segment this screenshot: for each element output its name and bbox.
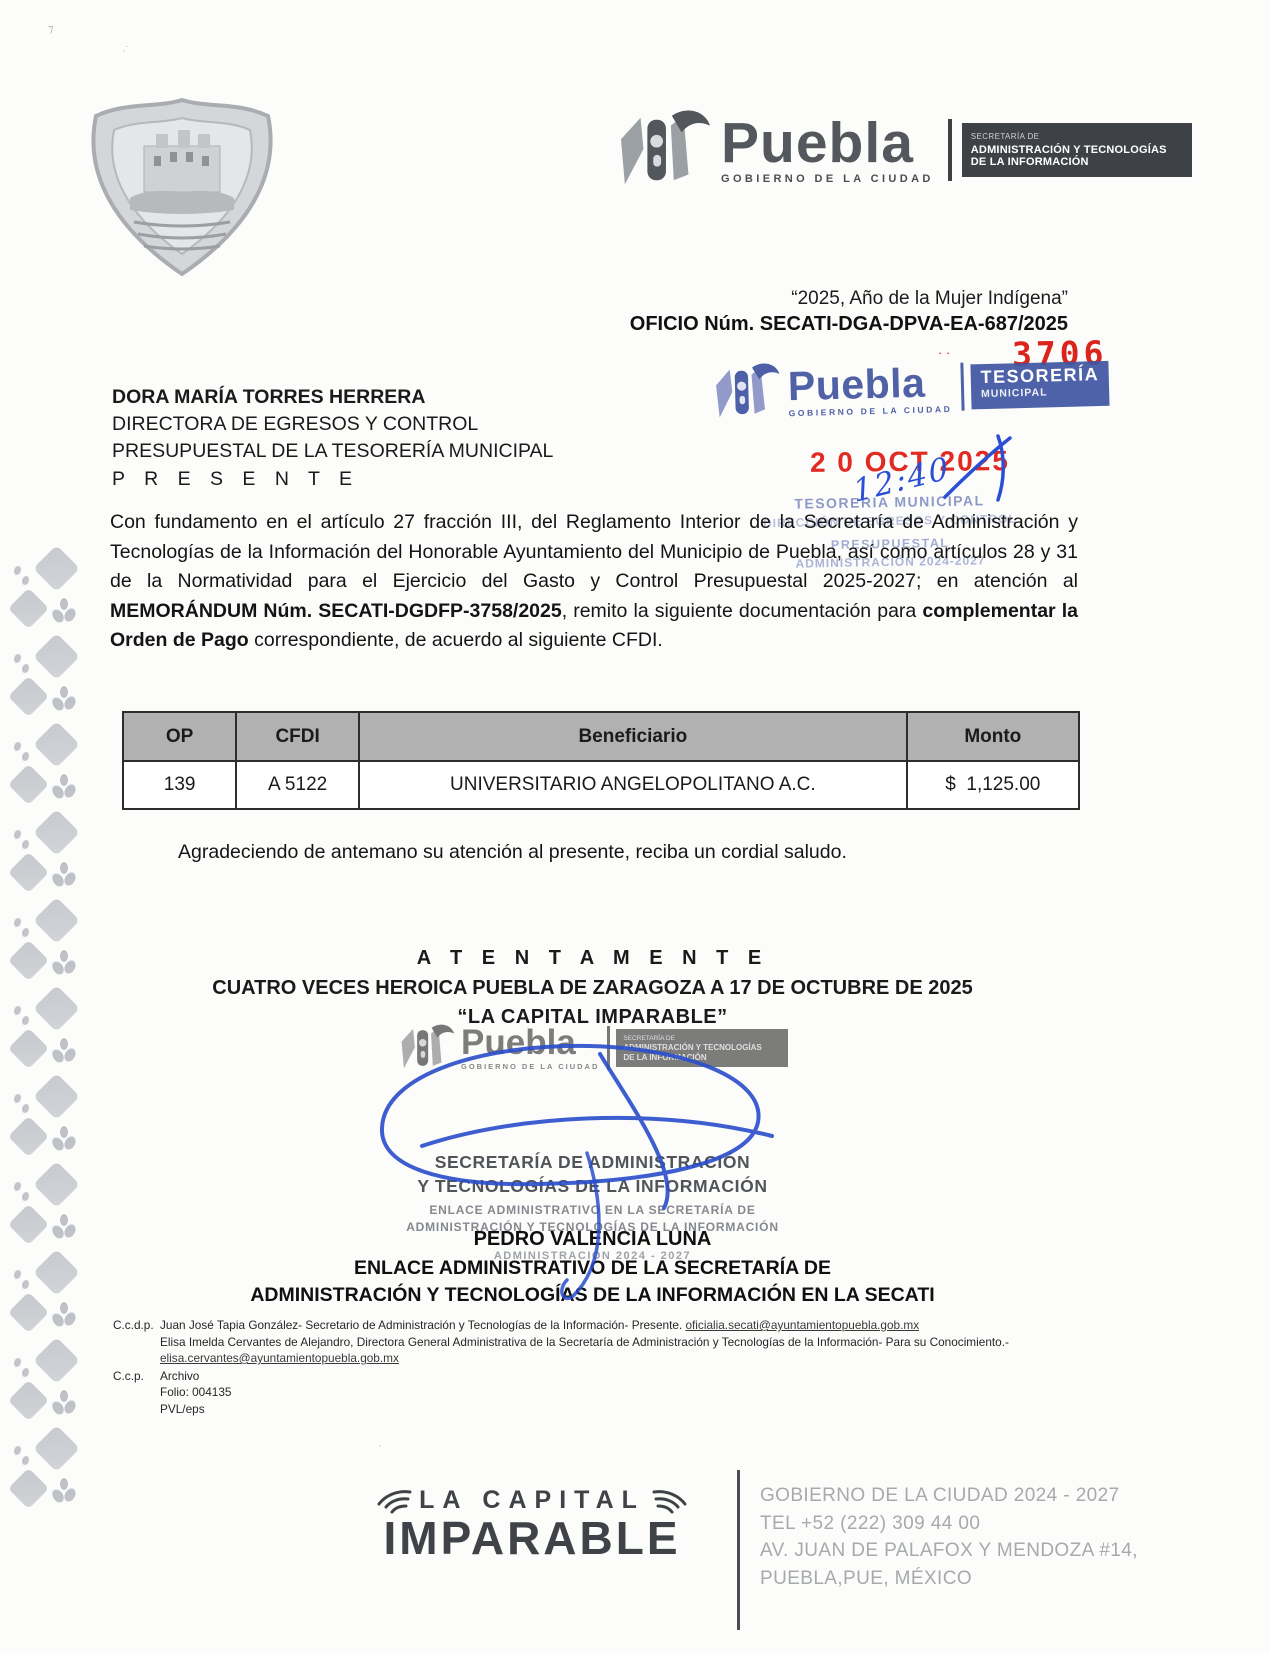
table-header-row: OP CFDI Beneficiario Monto bbox=[123, 712, 1079, 761]
tesoreria-stamp: Puebla GOBIERNO DE LA CIUDAD TESORERÍA M… bbox=[711, 351, 1110, 425]
recipient-block: DORA MARÍA TORRES HERRERA DIRECTORA DE E… bbox=[112, 384, 553, 493]
cell-monto: $ 1,125.00 bbox=[907, 761, 1079, 809]
cell-beneficiario: UNIVERSITARIO ANGELOPOLITANO A.C. bbox=[359, 761, 907, 809]
secretaria-badge: SECRETARÍA DE ADMINISTRACIÓN Y TECNOLOGÍ… bbox=[962, 123, 1192, 177]
puebla-wordmark-blue: Puebla bbox=[787, 360, 952, 406]
ornament-diamond-unit bbox=[10, 638, 86, 726]
body-paragraph: Con fundamento en el artículo 27 fracció… bbox=[110, 508, 1078, 656]
ornament-diamond-unit bbox=[10, 1166, 86, 1254]
stamp-divider bbox=[960, 363, 964, 411]
leaf-sprig-icon bbox=[50, 596, 80, 626]
body-text: Con fundamento en el artículo 27 fracció… bbox=[110, 511, 1078, 592]
ornament-diamond-unit bbox=[10, 726, 86, 814]
leaf-sprig-icon bbox=[50, 1388, 80, 1418]
scan-speck: ·˙ bbox=[122, 45, 129, 57]
puebla-coat-of-arms bbox=[86, 94, 278, 285]
puebla-logo-icons-blue bbox=[711, 359, 783, 425]
body-text: , remito la siguiente documentación para bbox=[562, 600, 923, 622]
puebla-wordmark: Puebla bbox=[721, 115, 934, 171]
leaf-sprig-icon bbox=[50, 860, 80, 890]
ornament-diamond-unit bbox=[10, 814, 86, 902]
ornament-diamond-unit bbox=[10, 550, 86, 638]
cc-initials: PVL/eps bbox=[160, 1401, 1163, 1418]
cc-block: C.c.d.p. Juan José Tapia González- Secre… bbox=[113, 1317, 1163, 1417]
leaf-sprig-icon bbox=[50, 1036, 80, 1066]
puebla-logo-icons bbox=[615, 106, 713, 194]
ornament-diamond-unit bbox=[10, 990, 86, 1078]
ornament-diamond-unit bbox=[10, 902, 86, 990]
recipient-title: PRESUPUESTAL DE LA TESORERÍA MUNICIPAL bbox=[112, 438, 553, 465]
cc-line: Juan José Tapia González- Secretario de … bbox=[160, 1317, 919, 1334]
ornament-diamond-unit bbox=[10, 1254, 86, 1342]
capital-imparable-logo: LA CAPITAL IMPARABLE bbox=[372, 1486, 692, 1565]
cell-cfdi: A 5122 bbox=[236, 761, 359, 809]
leaf-sprig-icon bbox=[50, 1476, 80, 1506]
city-date-line: CUATRO VECES HEROICA PUEBLA DE ZARAGOZA … bbox=[115, 977, 1070, 1000]
footer-government-line: GOBIERNO DE LA CIUDAD 2024 - 2027 bbox=[760, 1482, 1138, 1510]
badge-line: DE LA INFORMACIÓN bbox=[971, 156, 1183, 169]
badge-line: MUNICIPAL bbox=[981, 383, 1100, 403]
col-header-op: OP bbox=[123, 712, 236, 761]
logo-divider bbox=[948, 119, 952, 181]
scan-speck: ⁊ bbox=[48, 22, 53, 35]
col-header-monto: Monto bbox=[907, 712, 1079, 761]
col-header-cfdi: CFDI bbox=[236, 712, 359, 761]
pen-signature-tail bbox=[545, 1148, 625, 1303]
imparable-text: IMPARABLE bbox=[372, 1511, 692, 1565]
ccp-label: C.c.p. bbox=[113, 1368, 160, 1385]
atentamente-line: A T E N T A M E N T E bbox=[115, 947, 1070, 970]
leaf-sprig-icon bbox=[50, 948, 80, 978]
body-text: correspondiente, de acuerdo al siguiente… bbox=[249, 629, 663, 651]
ornament-diamond-unit bbox=[10, 1078, 86, 1166]
scan-speck: · bbox=[378, 1440, 382, 1452]
memorandum-reference: MEMORÁNDUM Núm. SECATI-DGDFP-3758/2025 bbox=[110, 600, 562, 622]
ornament-diamond-unit bbox=[10, 1430, 86, 1518]
scanned-document-page: ⁊ ·˙ · bbox=[0, 0, 1270, 1653]
cfdi-table: OP CFDI Beneficiario Monto 139 A 5122 UN… bbox=[122, 711, 1080, 810]
oficio-number: OFICIO Núm. SECATI-DGA-DPVA-EA-687/2025 bbox=[470, 313, 1068, 336]
leaf-sprig-icon bbox=[50, 1300, 80, 1330]
footer-divider bbox=[737, 1470, 740, 1630]
footer-city: PUEBLA,PUE, MÉXICO bbox=[760, 1565, 1138, 1593]
tesoreria-wordmark-block: Puebla GOBIERNO DE LA CIUDAD bbox=[787, 360, 952, 417]
cc-folio: Folio: 004135 bbox=[160, 1384, 1163, 1401]
footer-phone: TEL +52 (222) 309 44 00 bbox=[760, 1510, 1138, 1538]
tesoreria-badge: TESORERÍA MUNICIPAL bbox=[970, 360, 1110, 409]
badge-line: SECRETARÍA DE bbox=[971, 131, 1183, 144]
wing-right-icon bbox=[651, 1488, 689, 1514]
recipient-name: DORA MARÍA TORRES HERRERA bbox=[112, 384, 553, 411]
gobierno-tagline: GOBIERNO DE LA CIUDAD bbox=[721, 173, 934, 185]
ornament-diamond-unit bbox=[10, 1342, 86, 1430]
leaf-sprig-icon bbox=[50, 684, 80, 714]
ccdp-label: C.c.d.p. bbox=[113, 1317, 160, 1334]
closing-sentence: Agradeciendo de antemano su atención al … bbox=[178, 841, 847, 864]
col-header-beneficiario: Beneficiario bbox=[359, 712, 907, 761]
email-link-elisa[interactable]: elisa.cervantes@ayuntamientopuebla.gob.m… bbox=[160, 1351, 399, 1365]
cell-op: 139 bbox=[123, 761, 236, 809]
puebla-wordmark-block: Puebla GOBIERNO DE LA CIUDAD bbox=[721, 115, 934, 185]
recipient-title: DIRECTORA DE EGRESOS Y CONTROL bbox=[112, 411, 553, 438]
leaf-sprig-icon bbox=[50, 1212, 80, 1242]
puebla-gobierno-logo: Puebla GOBIERNO DE LA CIUDAD SECRETARÍA … bbox=[615, 106, 1192, 194]
presente-line: P R E S E N T E bbox=[112, 466, 553, 493]
handwriting-flourish bbox=[940, 432, 1020, 512]
cc-line: Elisa Imelda Cervantes de Alejandro, Dir… bbox=[160, 1334, 1163, 1351]
footer-street: AV. JUAN DE PALAFOX Y MENDOZA #14, bbox=[760, 1537, 1138, 1565]
attention-block: A T E N T A M E N T E CUATRO VECES HEROI… bbox=[115, 947, 1070, 1029]
table-row: 139 A 5122 UNIVERSITARIO ANGELOPOLITANO … bbox=[123, 761, 1079, 809]
cc-text: Juan José Tapia González- Secretario de … bbox=[160, 1318, 685, 1332]
year-quote: “2025, Año de la Mujer Indígena” bbox=[560, 288, 1068, 310]
footer-address-block: GOBIERNO DE LA CIUDAD 2024 - 2027 TEL +5… bbox=[760, 1482, 1138, 1592]
leaf-sprig-icon bbox=[50, 772, 80, 802]
leaf-sprig-icon bbox=[50, 1124, 80, 1154]
badge-line: ADMINISTRACIÓN Y TECNOLOGÍAS bbox=[971, 144, 1183, 157]
wing-left-icon bbox=[375, 1488, 413, 1514]
left-border-ornament bbox=[10, 550, 86, 1518]
email-link-oficialia[interactable]: oficialia.secati@ayuntamientopuebla.gob.… bbox=[685, 1318, 919, 1332]
cc-archivo: Archivo bbox=[160, 1368, 199, 1385]
